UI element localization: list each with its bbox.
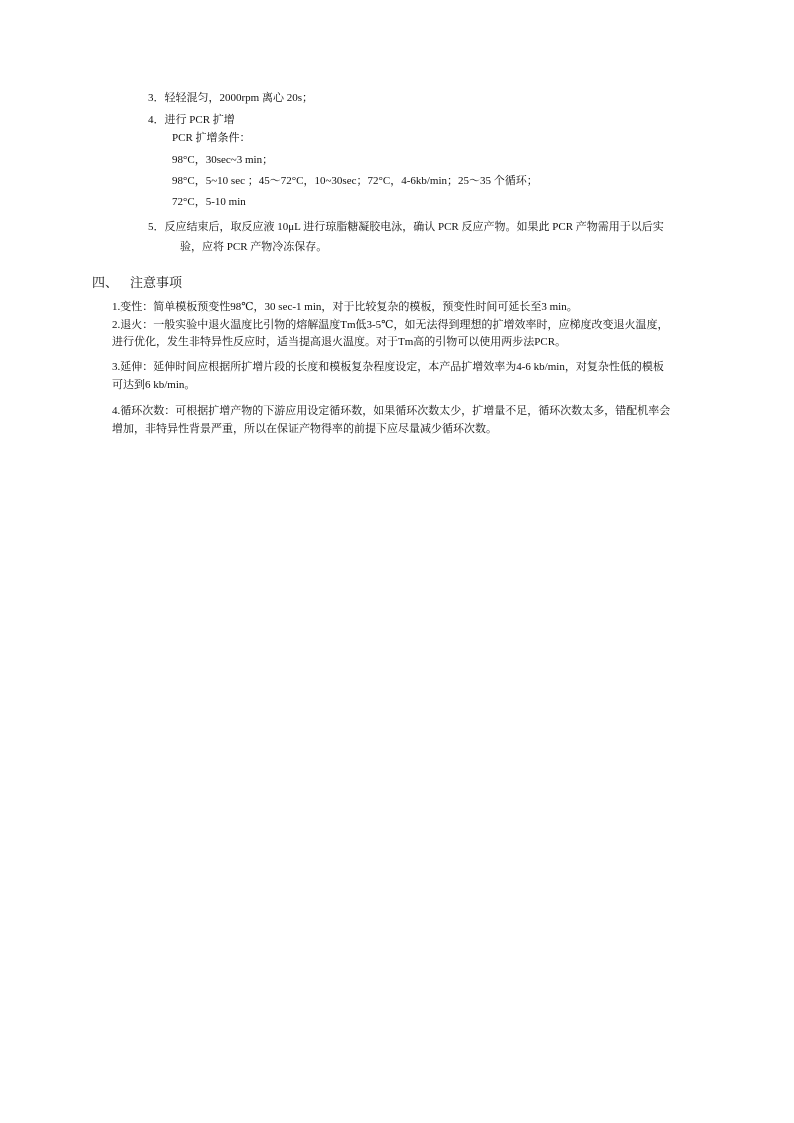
pcr-condition-line: 98°C，30sec~3 min； bbox=[172, 153, 273, 167]
note-3-line-2: 可达到6 kb/min。 bbox=[112, 378, 195, 392]
note-2-line-1: 2.退火：一般实验中退火温度比引物的熔解温度Tm低3-5℃，如无法得到理想的扩增… bbox=[112, 318, 669, 332]
step-text: 进行 PCR 扩增 bbox=[165, 114, 235, 126]
step-number: 3． bbox=[148, 92, 165, 104]
note-2-line-2: 进行优化，发生非特异性反应时，适当提高退火温度。对于Tm高的引物可以使用两步法P… bbox=[112, 335, 566, 349]
step-number: 4． bbox=[148, 114, 165, 126]
section-title: 注意事项 bbox=[130, 275, 182, 290]
note-4-line-1: 4.循环次数：可根据扩增产物的下游应用设定循环数，如果循环次数太少，扩增量不足，… bbox=[112, 404, 670, 418]
step-5-continuation: 验，应将 PCR 产物冷冻保存。 bbox=[180, 240, 327, 254]
step-number: 5． bbox=[148, 221, 165, 233]
pcr-condition-line: 98°C，5~10 sec ；45～72°C，10~30sec；72°C，4-6… bbox=[172, 174, 538, 188]
note-1-line-1: 1.变性：简单模板预变性98℃，30 sec-1 min，对于比较复杂的模板，预… bbox=[112, 300, 578, 314]
step-3: 3．轻轻混匀，2000rpm 离心 20s； bbox=[148, 91, 313, 105]
note-4-line-2: 增加，非特异性背景严重，所以在保证产物得率的前提下应尽量减少循环次数。 bbox=[112, 422, 497, 436]
section-number: 四、 bbox=[92, 275, 118, 290]
step-text: 轻轻混匀，2000rpm 离心 20s； bbox=[165, 92, 314, 104]
section-heading: 四、注意事项 bbox=[92, 275, 182, 291]
pcr-condition-line: 72°C，5-10 min bbox=[172, 195, 246, 209]
note-3-line-1: 3.延伸：延伸时间应根据所扩增片段的长度和模板复杂程度设定，本产品扩增效率为4-… bbox=[112, 360, 664, 374]
step-text: 反应结束后，取反应液 10μL 进行琼脂糖凝胶电泳，确认 PCR 反应产物。如果… bbox=[165, 221, 664, 233]
step-4: 4．进行 PCR 扩增 bbox=[148, 113, 235, 127]
step-5: 5．反应结束后，取反应液 10μL 进行琼脂糖凝胶电泳，确认 PCR 反应产物。… bbox=[148, 220, 664, 234]
pcr-conditions-title: PCR 扩增条件： bbox=[172, 131, 251, 145]
